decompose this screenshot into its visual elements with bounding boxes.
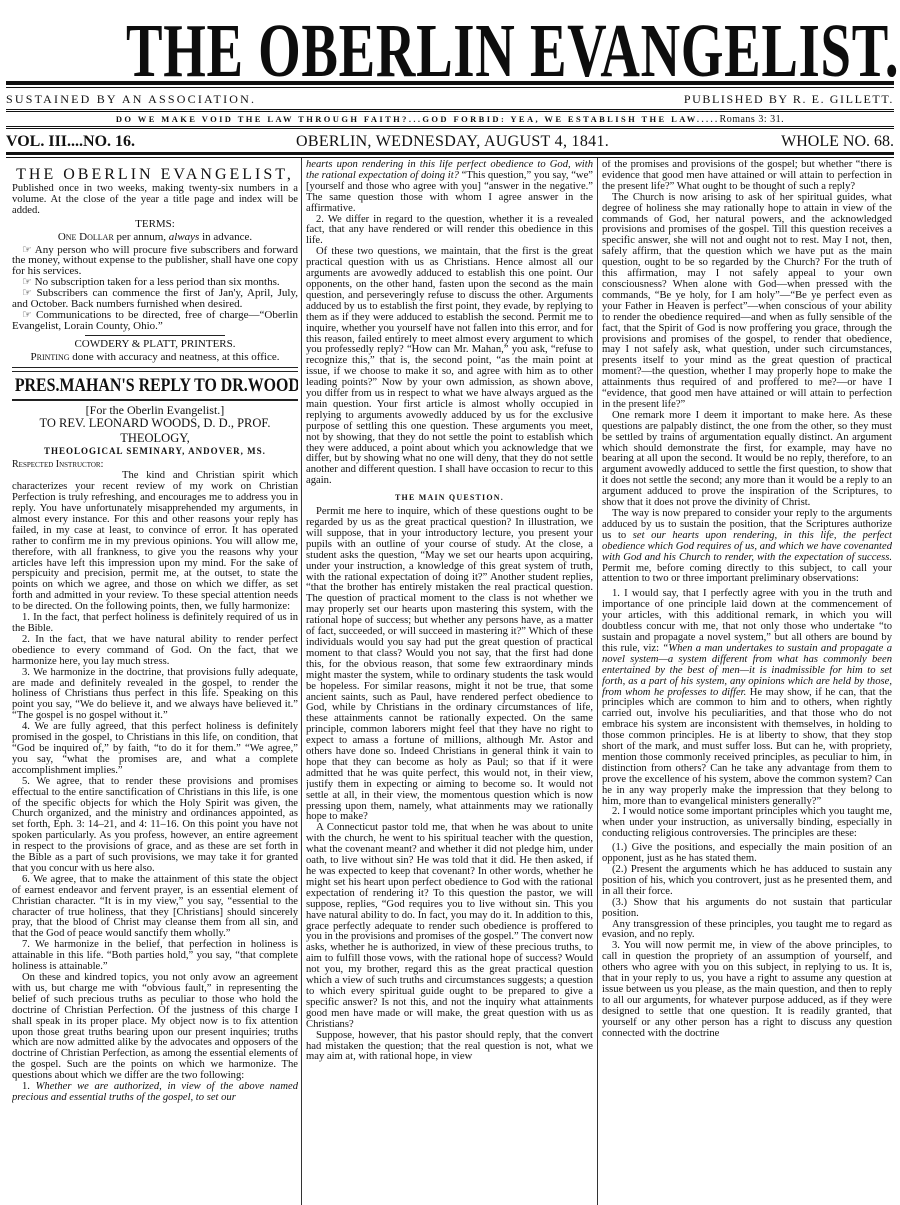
- masthead-rule: [6, 128, 894, 129]
- masthead-rule: [6, 87, 894, 88]
- subtitle-row: SUSTAINED BY AN ASSOCIATION. PUBLISHED B…: [6, 92, 894, 108]
- paragraph: hearts upon rendering in this life perfe…: [306, 160, 593, 215]
- masthead-rule: [6, 111, 894, 112]
- paragraph: 3. We harmonize in the doctrine, that pr…: [12, 668, 298, 723]
- terms-heading: TERMS:: [12, 219, 298, 230]
- paragraph: 1. Whether we are authorized, in view of…: [12, 1082, 298, 1104]
- divider: [85, 335, 225, 336]
- paragraph: 7. We harmonize in the belief, that perf…: [12, 940, 298, 973]
- info-intro: Published once in two weeks, making twen…: [12, 184, 298, 217]
- divider: [12, 367, 298, 372]
- paragraph: On these and kindred topics, you not onl…: [12, 973, 298, 1082]
- article-headline: PRES.MAHAN'S REPLY TO DR.WOODS.: [15, 375, 295, 397]
- article-institution: THEOLOGICAL SEMINARY, ANDOVER, MS.: [12, 446, 298, 457]
- printing-notice: Printing done with accuracy and neatness…: [12, 352, 298, 363]
- masthead-rule: [6, 126, 894, 127]
- paragraph: Suppose, however, that his pastor should…: [306, 1031, 593, 1064]
- paragraph: 4. We are fully agreed, that this perfec…: [12, 722, 298, 777]
- column-1: THE OBERLIN EVANGELIST, Published once i…: [12, 160, 298, 1205]
- paragraph: 1. I would say, that I perfectly agree w…: [602, 589, 892, 807]
- divider: [12, 399, 298, 401]
- volume-number: VOL. III....NO. 16.: [6, 133, 135, 151]
- terms-price: One Dollar per annum, always in advance.: [12, 232, 298, 243]
- motto-reference: Romans 3: 31.: [720, 114, 785, 125]
- newspaper-title: THE OBERLIN EVANGELIST.: [126, 18, 774, 84]
- paragraph: Permit me here to inquire, which of thes…: [306, 507, 593, 823]
- paragraph: (3.) Show that his arguments do not sust…: [602, 898, 892, 920]
- info-box-title: THE OBERLIN EVANGELIST,: [12, 166, 298, 184]
- masthead-rule: [6, 157, 894, 158]
- article-source: [For the Oberlin Evangelist.]: [12, 405, 298, 416]
- column-divider: [597, 158, 598, 1205]
- dateline: OBERLIN, WEDNESDAY, AUGUST 4, 1841.: [296, 133, 609, 151]
- paragraph: The way is now prepared to consider your…: [602, 509, 892, 585]
- sustained-by: SUSTAINED BY AN ASSOCIATION.: [6, 92, 256, 107]
- publisher: PUBLISHED BY R. E. GILLETT.: [684, 92, 894, 107]
- printers: COWDERY & PLATT, PRINTERS.: [12, 339, 298, 350]
- paragraph: 5. We agree, that to render these provis…: [12, 777, 298, 875]
- article-addressee: TO REV. LEONARD WOODS, D. D., PROF. THEO…: [12, 416, 298, 446]
- paragraph: 1. In the fact, that perfect holiness is…: [12, 613, 298, 635]
- notice-item: ☞ Any person who will procure five subsc…: [12, 245, 298, 278]
- paragraph: (2.) Present the arguments which he has …: [602, 865, 892, 898]
- paragraph: of the promises and provisions of the go…: [602, 160, 892, 193]
- paragraph: (1.) Give the positions, and especially …: [602, 843, 892, 865]
- motto-text: DO WE MAKE VOID THE LAW THROUGH FAITH?..…: [116, 114, 720, 124]
- notice-item: ☞ Subscribers can commence the first of …: [12, 288, 298, 310]
- column-3: of the promises and provisions of the go…: [602, 160, 892, 1205]
- paragraph: 3. You will now permit me, in view of th…: [602, 941, 892, 1039]
- paragraph: One remark more I deem it important to m…: [602, 411, 892, 509]
- paragraph: 2. I would notice some important princip…: [602, 807, 892, 840]
- column-divider: [301, 158, 302, 1205]
- dateline-row: VOL. III....NO. 16. OBERLIN, WEDNESDAY, …: [6, 133, 894, 151]
- masthead-rule: [6, 109, 894, 110]
- column-2: hearts upon rendering in this life perfe…: [306, 160, 593, 1205]
- paragraph: The Church is now arising to ask of her …: [602, 193, 892, 411]
- paragraph: The kind and Christian spirit which char…: [12, 471, 298, 613]
- notice-item: ☞ Communications to be directed, free of…: [12, 310, 298, 332]
- paragraph: 2. In the fact, that we have natural abi…: [12, 635, 298, 668]
- whole-number: WHOLE NO. 68.: [781, 133, 894, 151]
- motto: DO WE MAKE VOID THE LAW THROUGH FAITH?..…: [0, 114, 900, 125]
- paragraph: 6. We agree, that to make the attainment…: [12, 875, 298, 940]
- paragraph: Of these two questions, we maintain, tha…: [306, 247, 593, 487]
- masthead-rule: [6, 152, 894, 155]
- section-heading: THE MAIN QUESTION.: [306, 493, 593, 504]
- paragraph: A Connecticut pastor told me, that when …: [306, 823, 593, 1030]
- masthead-rule: [6, 81, 894, 85]
- paragraph: 2. We differ in regard to the question, …: [306, 215, 593, 248]
- paragraph: Any transgression of these principles, y…: [602, 920, 892, 942]
